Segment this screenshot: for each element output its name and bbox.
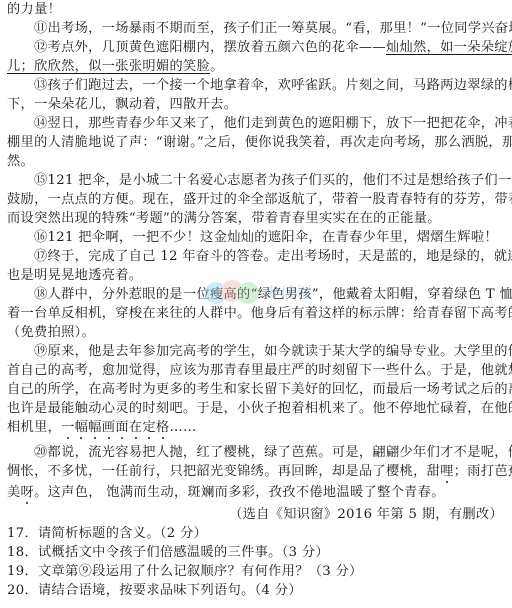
text-line: 相机里，一幅幅画面在定格…… (7, 418, 197, 437)
emphasis-dotted-char: 面 (115, 420, 129, 435)
text-line: 美呀。这声色， 饱满而生动，斑斓而多彩，孜孜不倦地温暖了整个青春。 (7, 483, 445, 502)
underlined-sentence: 灿灿然，如一朵朵绽放的花 (386, 40, 512, 55)
text-line: 然。 (7, 152, 34, 171)
emphasis-dotted-char: 呀 (21, 485, 35, 500)
text-line: 自己的所学，在高考时为更多的考生和家长留下美好的回忆，而最后一场考试之后的离开， (7, 380, 512, 399)
emphasis-dotted-char: 格 (156, 420, 170, 435)
text-span: 。 (210, 59, 224, 74)
text-line: 也是明晃晃地透亮着。 (7, 266, 142, 285)
text-line: 下，一朵朵花儿，飘动着，四散开去。 (7, 95, 237, 114)
text-span: ；雨打芭蕉， (454, 464, 512, 479)
text-span: 相机里， (7, 420, 61, 435)
text-span: …… (170, 420, 197, 435)
emphasis-dotted-char: 在 (129, 420, 143, 435)
text-line: （免费拍照）。 (7, 323, 95, 342)
underlined-sentence: 儿；欣欣然，似一张张明媚的笑脸 (7, 59, 210, 74)
emphasis-dotted-char: 画 (102, 420, 116, 435)
question-17: 17．请简析标题的含义。（2 分） (7, 524, 207, 543)
text-line: 惆怅，不多忧，一任前行，只把韶光变锦绣。再回眸，却是品了樱桃，甜哩；雨打芭蕉， (7, 462, 512, 481)
text-line: 鼓励，一点点的方便。现在，盛开过的伞全部返航了，带着一股青春特有的芬芳，带着无人 (7, 190, 512, 209)
paragraph-19: ⑲原来，他是去年参加完高考的学生，如今就读于某大学的编导专业。大学里的他，回 (34, 342, 512, 361)
text-line: 儿；欣欣然，似一张张明媚的笑脸。 (7, 57, 224, 76)
text-span: 美 (7, 485, 21, 500)
emphasis-dotted-char: 幅 (75, 420, 89, 435)
emphasis-dotted-char: 幅 (88, 420, 102, 435)
source-citation: （选自《知识窗》2016 年第 5 期，有删改） (229, 505, 503, 524)
text-line: 棚里的人清脆地说了声：“谢谢。”之后，便你说我笑着，再次走向考场，那么洒脱，那么… (7, 133, 512, 152)
paragraph-13: ⑬孩子们跑过去，一个接一个地拿着伞，欢呼雀跃。片刻之间，马路两边翠绿的梧桐树 (34, 76, 512, 95)
paragraph-11: ⑪出考场，一场暴雨不期而至，孩子们正一筹莫展。“看，那里！”一位同学兴奋地叫道。 (34, 19, 512, 38)
text-line: 的力量！ (7, 0, 61, 19)
text-span: 惆怅，不多忧，一任前行，只把韶光变锦绣。再回眸，却是品了樱桃，甜 (7, 464, 440, 479)
paragraph-17: ⑰终于，完成了自己 12 年奋斗的答卷。走出考场时，天是蓝的，地是绿的，就连心情… (34, 247, 512, 266)
emphasis-dotted-char: 一 (61, 420, 75, 435)
question-19: 19．文章第⑨段运用了什么记叙顺序？有何作用？（3 分） (7, 562, 363, 581)
paragraph-12: ⑫考点外，几顶黄色遮阳棚内，摆放着五颜六色的花伞——灿灿然，如一朵朵绽放的花 (34, 38, 512, 57)
text-span: 。这声色， 饱满而生动，斑斓而多彩，孜孜不倦地温暖了整个青春。 (34, 485, 445, 500)
paragraph-15: ⑮121 把伞，是小城二十名爱心志愿者为孩子们买的，他们不过是想给孩子们一点点的 (34, 171, 512, 190)
question-20: 20．请结合语境，按要求品味下列语句。（4 分） (7, 581, 302, 600)
paragraph-16: ⑯121 把伞啊，一把不少！这金灿灿的遮阳伞，在青春少年里，熠熠生辉啦！ (34, 228, 498, 247)
text-line: 也许是最能触动心灵的时刻吧。于是，小伙子抱着相机来了。他不停地忙碌着，在他的单反 (7, 399, 512, 418)
text-line: 首自己的高考，愈加觉得，应该为那青春里最庄严的时刻留下一些什么。于是，他就想利用 (7, 361, 512, 380)
emphasis-dotted-phrase: 一幅幅画面在定格 (61, 420, 169, 435)
paragraph-20: ⑳都说，流光容易把人抛，红了樱桃，绿了芭蕉。可是，翩翩少年们才不是呢，他们不 (34, 443, 512, 462)
paragraph-18: ⑱人群中，分外惹眼的是一位瘦高的“绿色男孩”，他戴着太阳帽，穿着绿色 T 恤，抱 (34, 285, 512, 304)
emphasis-dotted-char: 哩 (440, 464, 454, 479)
text-line: 而设突然出现的特殊“考题”的满分答案，带着青春里实实在在的正能量。 (7, 209, 441, 228)
paragraph-14: ⑭翌日，那些青春少年又来了，他们走到黄色的遮阳棚下，放下一把把花伞，冲着遮阳 (34, 114, 512, 133)
question-18: 18．试概括文中令孩子们倍感温暖的三件事。（3 分） (7, 543, 329, 562)
emphasis-dotted-char: 定 (142, 420, 156, 435)
text-span: ⑫考点外，几顶黄色遮阳棚内，摆放着五颜六色的花伞—— (34, 40, 386, 55)
text-line: 着一台单反相机，穿梭在来往的人群中。他身后有着这样的标示牌：给青春留下高考的印记 (7, 304, 512, 323)
